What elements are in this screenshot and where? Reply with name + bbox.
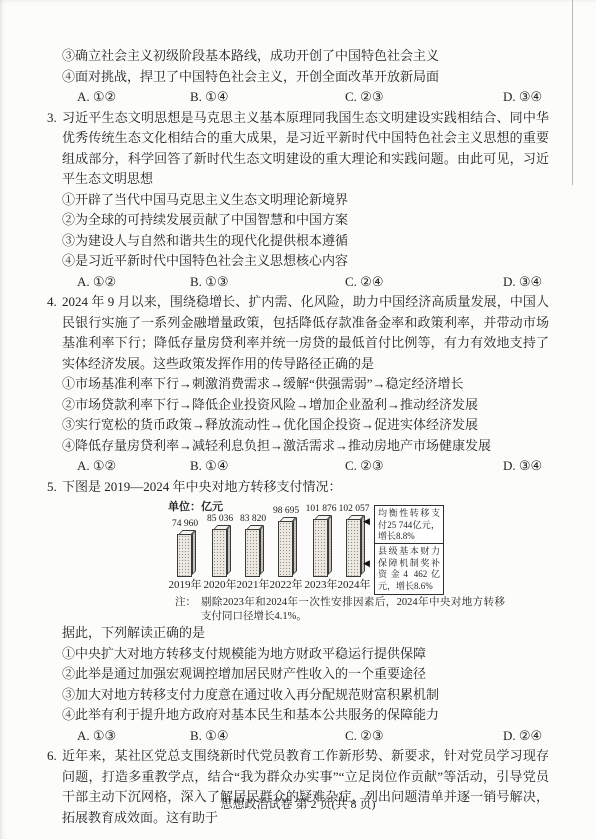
option-item: ②为全球的可持续发展贡献了中国智慧和中国方案 bbox=[62, 210, 549, 231]
bar-year-label: 2024年 bbox=[328, 579, 380, 591]
bar-2022年 bbox=[278, 521, 293, 577]
bar-2024年 bbox=[346, 519, 361, 577]
question-number: 4. bbox=[47, 292, 57, 313]
choice-c: C. ②④ bbox=[345, 272, 383, 293]
option-item: ④此举有利于提升地方政府对基本民生和基本公共服务的保障能力 bbox=[62, 705, 549, 726]
question-stem: 习近平生态文明思想是马克思主义基本原理同我国生态文明建设实践相结合、同中华优秀传… bbox=[62, 108, 549, 190]
question-4: 4. 2024 年 9 月以来，围绕稳增长、扩内需、化风险，助力中国经济高质量发… bbox=[47, 292, 549, 477]
note-text: 剔除2023年和2024年一次性安排因素后，2024年中央对地方转移支付同口径增… bbox=[201, 597, 505, 622]
callout-equalization-transfer: 均衡性转移支付25 744亿元，增长8.8% bbox=[374, 505, 444, 546]
choice-row: A. ①② B. ①④ C. ②③ D. ③④ bbox=[62, 456, 549, 477]
page-content: ③确立社会主义初级阶段基本路线，成功开创了中国特色社会主义 ④面对挑战，捍卫了中… bbox=[47, 46, 549, 828]
question-lead: 据此，下列解读正确的是 bbox=[62, 623, 549, 644]
bar-value-label: 102 057 bbox=[328, 504, 380, 515]
bar-2020年 bbox=[212, 529, 227, 577]
choice-a: A. ①② bbox=[77, 272, 116, 293]
question-5: 5. 下图是 2019—2024 年中央对地方转移支付情况： 单位：亿元 74 … bbox=[47, 477, 549, 747]
question-3: 3. 习近平生态文明思想是马克思主义基本原理同我国生态文明建设实践相结合、同中华… bbox=[47, 108, 549, 293]
chart-plot: 74 9602019年85 0362020年83 8202021年98 6952… bbox=[142, 499, 542, 594]
option-item: ④是习近平新时代中国特色社会主义思想核心内容 bbox=[62, 251, 549, 272]
option-item: ①开辟了当代中国马克思主义生态文明理论新境界 bbox=[62, 190, 549, 211]
choice-c: C. ②③ bbox=[345, 726, 383, 747]
question-6: 6. 近年来，某社区党总支围绕新时代党员教育工作新形势、新要求，针对党员学习现存… bbox=[47, 746, 549, 828]
option-item: ④降低存量房贷利率→减轻利息负担→激活需求→推动房地产市场健康发展 bbox=[62, 436, 549, 457]
choice-a: A. ①② bbox=[77, 456, 116, 477]
scan-artifact-line bbox=[572, 0, 573, 185]
option-item: ③为建设人与自然和谐共生的现代化提供根本遵循 bbox=[62, 231, 549, 252]
choice-row: A. ①② B. ①④ C. ②③ D. ③④ bbox=[62, 87, 549, 108]
question-stem: 2024 年 9 月以来，围绕稳增长、扩内需、化风险，助力中国经济高质量发展，中… bbox=[62, 292, 549, 374]
choice-c: C. ②③ bbox=[345, 456, 383, 477]
choice-d: D. ③④ bbox=[503, 456, 542, 477]
choice-a: A. ①③ bbox=[77, 726, 116, 747]
callout-arrow-icon: ◀ bbox=[363, 559, 370, 568]
option-item: ②此举是通过加强宏观调控增加居民财产性收入的一个重要途径 bbox=[62, 664, 549, 685]
callout-arrow-icon: ◀ bbox=[363, 517, 370, 526]
bar-2019年 bbox=[177, 534, 192, 577]
option-item: ②市场贷款利率下行→降低企业投资风险→增加企业盈利→推动经济发展 bbox=[62, 395, 549, 416]
question-number: 3. bbox=[47, 108, 57, 129]
transfer-chart: 单位：亿元 74 9602019年85 0362020年83 8202021年9… bbox=[142, 499, 542, 594]
choice-c: C. ②③ bbox=[345, 87, 383, 108]
option-item: ①中央扩大对地方转移支付规模能为地方财政平稳运行提供保障 bbox=[62, 644, 549, 665]
choice-b: B. ①④ bbox=[190, 726, 228, 747]
choice-b: B. ①④ bbox=[190, 87, 228, 108]
question-intro: 下图是 2019—2024 年中央对地方转移支付情况： bbox=[62, 477, 549, 498]
choice-d: D. ②④ bbox=[503, 726, 542, 747]
choice-row: A. ①② B. ①③ C. ②④ D. ③④ bbox=[62, 272, 549, 293]
option-item: ③确立社会主义初级阶段基本路线，成功开创了中国特色社会主义 bbox=[62, 46, 549, 67]
question-number: 6. bbox=[47, 746, 57, 767]
page-footer: 思想政治试卷 第 2 页(共 8 页) bbox=[0, 795, 596, 812]
choice-d: D. ③④ bbox=[503, 87, 542, 108]
choice-d: D. ③④ bbox=[503, 272, 542, 293]
bar-2021年 bbox=[245, 529, 260, 577]
option-item: ④面对挑战，捍卫了中国特色社会主义，开创全面改革开放新局面 bbox=[62, 67, 549, 88]
question-stem: 近年来，某社区党总支围绕新时代党员教育工作新形势、新要求，针对党员学习现存问题，… bbox=[62, 746, 549, 828]
question-2-tail: ③确立社会主义初级阶段基本路线，成功开创了中国特色社会主义 ④面对挑战，捍卫了中… bbox=[47, 46, 549, 108]
note-label: 注： bbox=[175, 596, 196, 610]
question-number: 5. bbox=[47, 477, 57, 498]
choice-b: B. ①③ bbox=[190, 272, 228, 293]
choice-a: A. ①② bbox=[77, 87, 116, 108]
choice-b: B. ①④ bbox=[190, 456, 228, 477]
exam-page: ③确立社会主义初级阶段基本路线，成功开创了中国特色社会主义 ④面对挑战，捍卫了中… bbox=[0, 0, 596, 839]
callout-county-reward: 县级基本财力保障机制奖补资金4 462亿元，增长8.6% bbox=[374, 543, 444, 595]
chart-note: 注： 剔除2023年和2024年一次性安排因素后，2024年中央对地方转移支付同… bbox=[175, 596, 505, 623]
choice-row: A. ①③ B. ①④ C. ②③ D. ②④ bbox=[62, 726, 549, 747]
bar-2023年 bbox=[313, 519, 328, 577]
option-item: ③实行宽松的货币政策→释放流动性→优化国企投资→促进实体经济发展 bbox=[62, 415, 549, 436]
option-item: ①市场基准利率下行→刺激消费需求→缓解“供强需弱”→稳定经济增长 bbox=[62, 374, 549, 395]
option-item: ③加大对地方转移支付力度意在通过收入再分配规范财富积累机制 bbox=[62, 685, 549, 706]
